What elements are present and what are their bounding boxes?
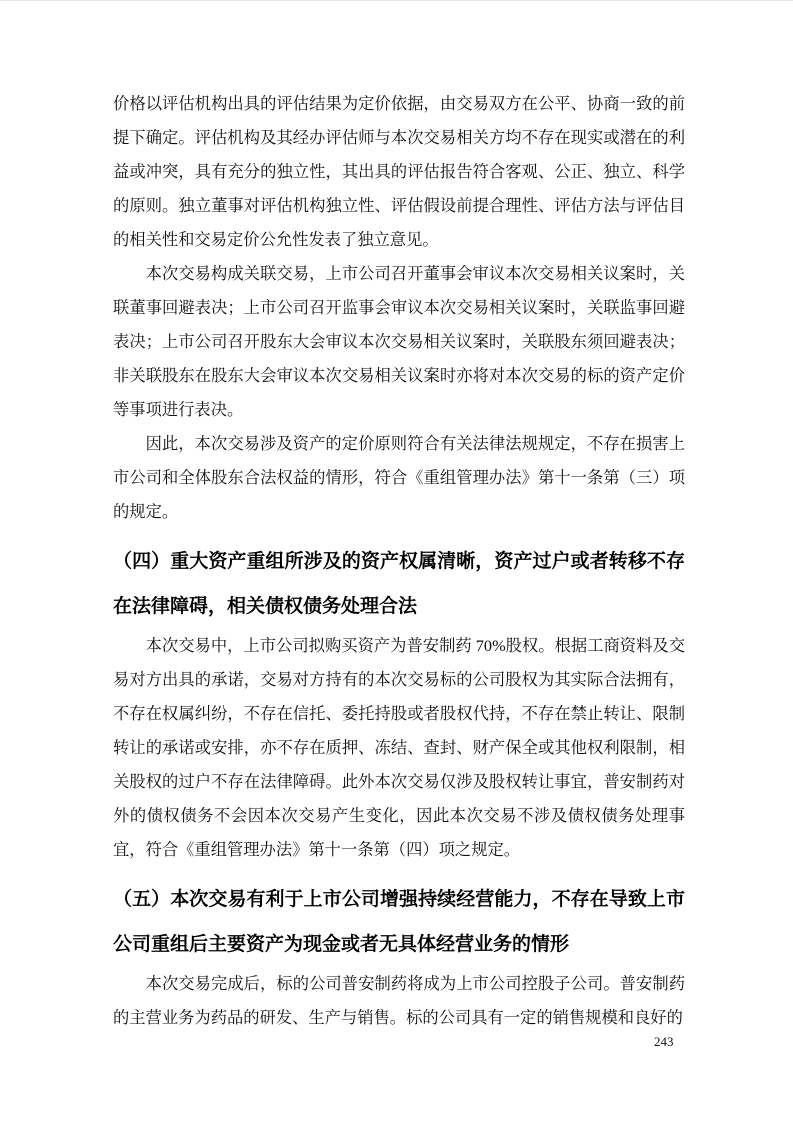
paragraph-pricing-continuation: 价格以评估机构出具的评估结果为定价依据，由交易双方在公平、协商一致的前提下确定。…: [113, 87, 685, 257]
section-heading-5: （五）本次交易有利于上市公司增强持续经营能力，不存在导致上市公司重组后主要资产为…: [113, 877, 685, 967]
paragraph-operating-ability: 本次交易完成后，标的公司普安制药将成为上市公司控股子公司。普安制药的主营业务为药…: [113, 967, 685, 1035]
document-page: 价格以评估机构出具的评估结果为定价依据，由交易双方在公平、协商一致的前提下确定。…: [0, 0, 793, 1122]
paragraph-ownership: 本次交易中，上市公司拟购买资产为普安制药 70%股权。根据工商资料及交易对方出具…: [113, 629, 685, 867]
page-number: 243: [654, 1034, 674, 1050]
document-content: 价格以评估机构出具的评估结果为定价依据，由交易双方在公平、协商一致的前提下确定。…: [113, 87, 685, 1035]
paragraph-pricing-conclusion: 因此，本次交易涉及资产的定价原则符合有关法律法规规定，不存在损害上市公司和全体股…: [113, 427, 685, 529]
section-heading-4: （四）重大资产重组所涉及的资产权属清晰，资产过户或者转移不存在法律障碍，相关债权…: [113, 539, 685, 629]
paragraph-related-transaction: 本次交易构成关联交易，上市公司召开董事会审议本次交易相关议案时，关联董事回避表决…: [113, 257, 685, 427]
